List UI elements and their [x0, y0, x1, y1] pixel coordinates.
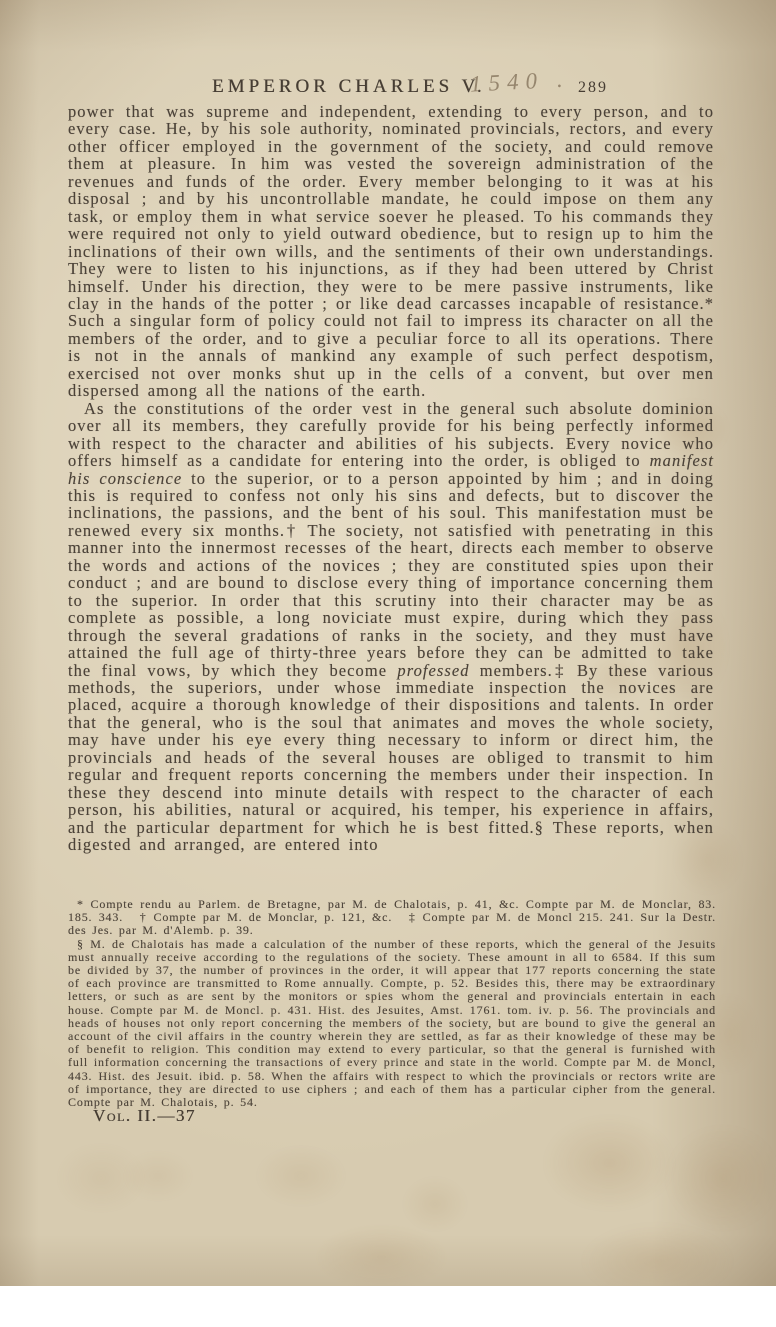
page-header: EMPEROR CHARLES V. 1540 . 289: [0, 0, 776, 104]
footnotes: * Compte rendu au Parlem. de Bretagne, p…: [68, 898, 716, 1112]
paragraph-2-text: members.‡ By these various methods, the …: [68, 661, 714, 855]
paper-stain: [542, 1114, 677, 1212]
body-paragraph-1: power that was supreme and independent, …: [68, 103, 714, 400]
paragraph-2-text: to the superior, or to a person appointe…: [68, 469, 714, 680]
paper-stain: [664, 1124, 776, 1232]
paper-stain: [314, 1224, 449, 1286]
paper-stain: [55, 1142, 147, 1214]
body-paragraph-2: As the constitutions of the order vest i…: [68, 400, 714, 854]
page-number: 289: [578, 79, 608, 97]
book-page-scan: EMPEROR CHARLES V. 1540 . 289 power that…: [0, 0, 776, 1286]
footnote-dagger: † Compte par M. de Monclar, p. 121, &c.: [139, 910, 392, 924]
paper-stain: [255, 1145, 347, 1207]
footnote-section: § M. de Chalotais has made a calculation…: [68, 938, 716, 1110]
handwritten-year-annotation: 1540 .: [469, 66, 570, 97]
paper-stain: [580, 1222, 735, 1286]
page-body: power that was supreme and independent, …: [68, 103, 714, 898]
paragraph-2-text: As the constitutions of the order vest i…: [68, 399, 714, 470]
paper-stain: [402, 1176, 468, 1232]
footnote-row-symbols: * Compte rendu au Parlem. de Bretagne, p…: [68, 898, 716, 938]
volume-signature: Vol. II.—37: [93, 1106, 196, 1126]
paper-stain: [122, 1150, 194, 1202]
italic-phrase-professed: professed: [397, 661, 469, 680]
running-title: EMPEROR CHARLES V.: [212, 76, 486, 98]
